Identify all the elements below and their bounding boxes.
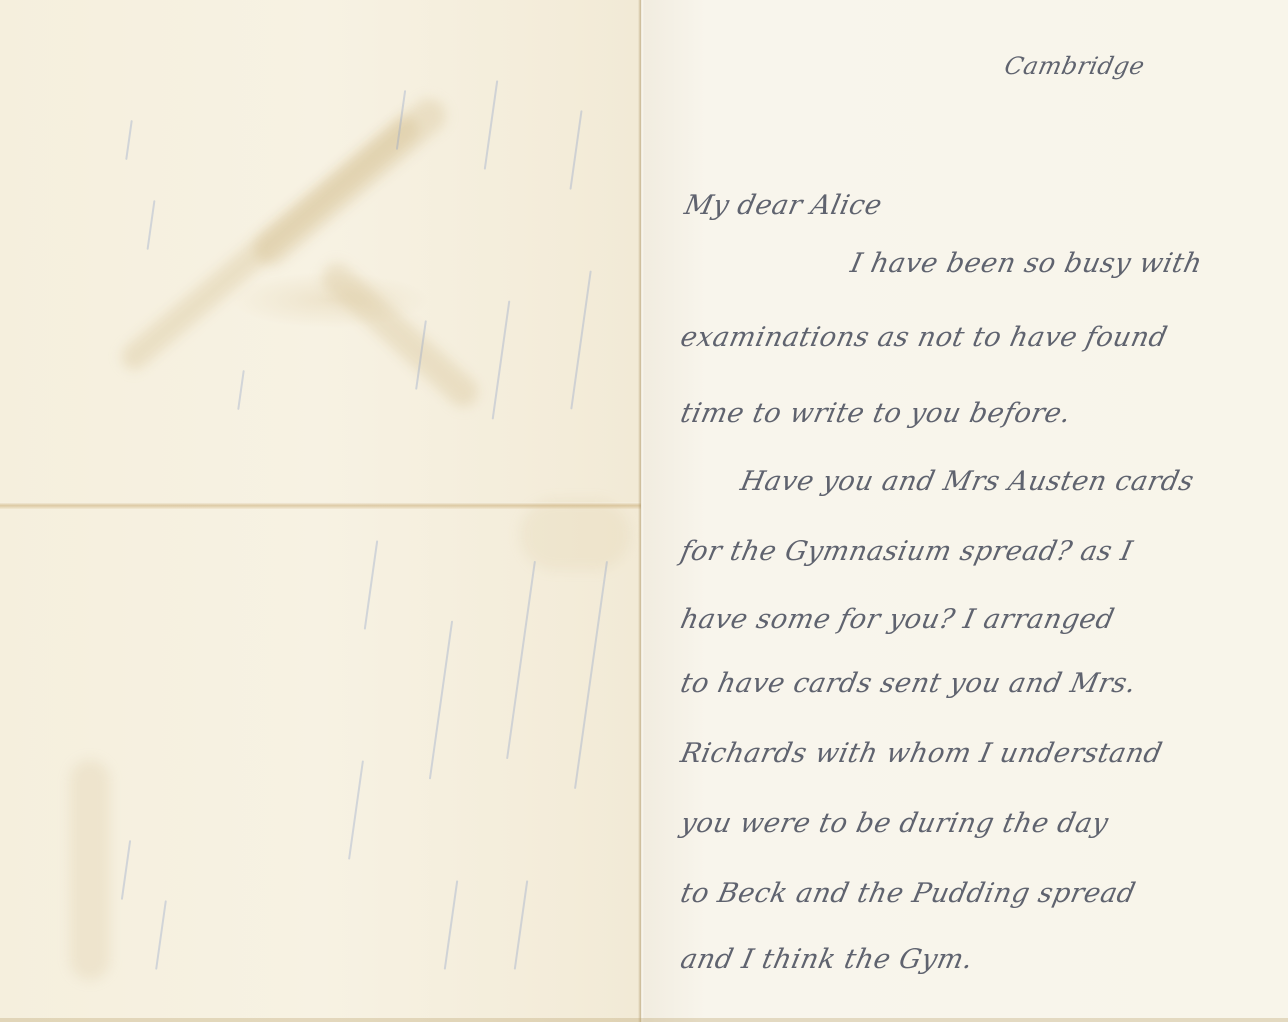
bleed-through-mark — [121, 840, 131, 900]
letter-line: time to write to you before. — [678, 398, 1074, 429]
bleed-through-mark — [348, 760, 364, 859]
letter-line: Richards with whom I understand — [678, 738, 1165, 769]
letter-salutation: My dear Alice — [682, 190, 885, 221]
letter-line: Have you and Mrs Austen cards — [738, 466, 1197, 497]
bleed-through-mark — [574, 561, 608, 789]
bleed-through-mark — [147, 200, 156, 250]
stain-mark — [520, 500, 630, 570]
bleed-through-mark — [570, 271, 591, 410]
letter-sheet: Cambridge My dear Alice I have been so b… — [0, 0, 1288, 1022]
letter-line: and I think the Gym. — [678, 944, 976, 975]
right-page-letter: Cambridge My dear Alice I have been so b… — [641, 0, 1288, 1022]
bleed-through-mark — [569, 110, 582, 189]
bleed-through-mark — [125, 120, 133, 160]
letter-line: you were to be during the day — [678, 808, 1112, 839]
letter-line: have some for you? I arranged — [678, 604, 1118, 635]
bleed-through-mark — [484, 80, 499, 169]
horizontal-fold-crease — [0, 502, 641, 509]
bleed-through-mark — [429, 621, 453, 780]
letter-line: I have been so busy with — [848, 248, 1205, 279]
letter-line: examinations as not to have found — [678, 322, 1171, 353]
stain-mark — [247, 92, 453, 272]
bleed-through-mark — [364, 540, 379, 629]
stain-mark — [316, 257, 485, 413]
stain-mark — [70, 760, 110, 980]
bleed-through-mark — [155, 900, 167, 970]
bleed-through-mark — [444, 880, 459, 969]
letter-line: to Beck and the Pudding spread — [678, 878, 1139, 909]
bleed-through-mark — [506, 561, 536, 759]
bottom-edge — [0, 1018, 1288, 1022]
bleed-through-mark — [237, 370, 245, 410]
left-page-blank-reverse — [0, 0, 641, 1022]
letter-line: to have cards sent you and Mrs. — [678, 668, 1139, 699]
center-fold-crease — [638, 0, 644, 1022]
letter-line: for the Gymnasium spread? as I — [678, 536, 1136, 567]
bleed-through-mark — [514, 880, 529, 969]
bleed-through-mark — [492, 300, 511, 419]
letter-place: Cambridge — [1002, 52, 1147, 80]
